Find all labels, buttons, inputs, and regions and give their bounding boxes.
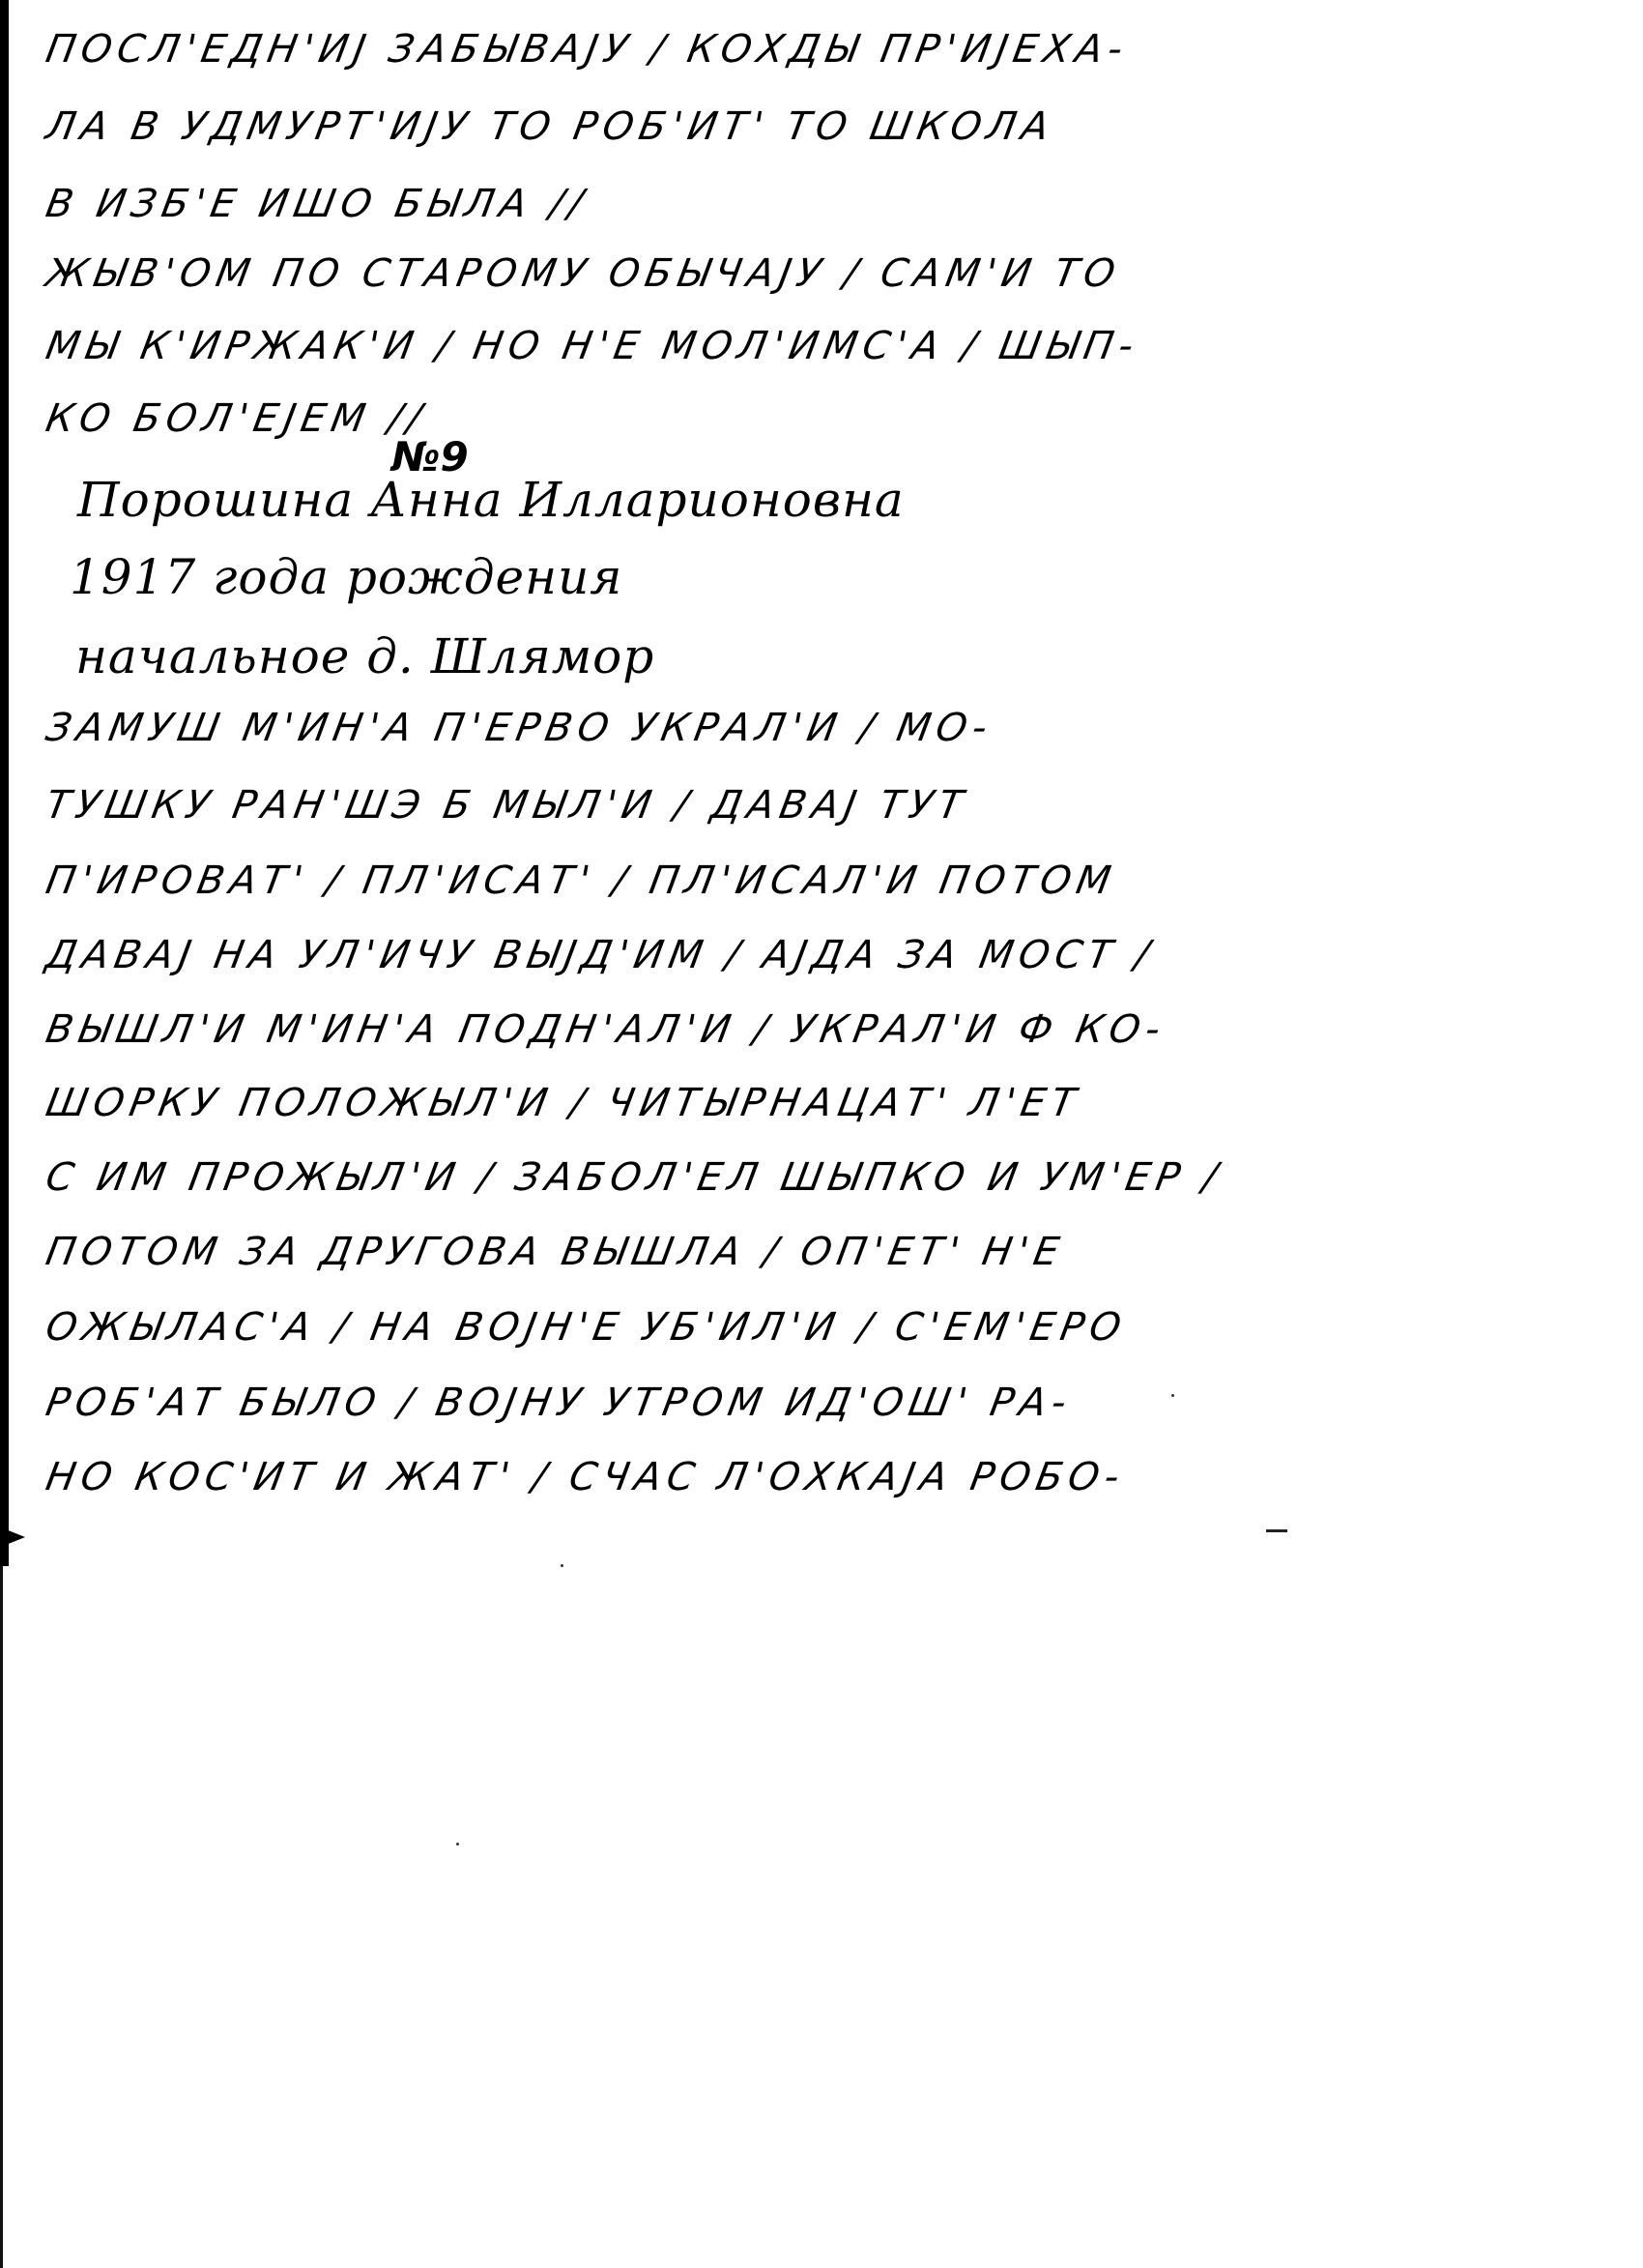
page-binding-edge (0, 0, 9, 1566)
scan-mark (1266, 1529, 1287, 1532)
informant-name: Порошина Анна Илларионовна (77, 472, 905, 528)
text-line: ШОРКУ ПОЛОЖЫЛ'И / ЧИТЫРНАЦАТ' Л'ЕТ (43, 1081, 1084, 1125)
scan-speck (561, 1564, 563, 1567)
text-line: ЗАМУШ М'ИН'А П'ЕРВО УКРАЛ'И / МО- (43, 706, 996, 750)
text-line: П'ИРОВАТ' / ПЛ'ИСАТ' / ПЛ'ИСАЛ'И ПОТОМ (43, 858, 1120, 903)
informant-education-place: начальное д. Шлямор (75, 628, 654, 684)
text-line: В ИЗБ'Е ИШО БЫЛА // (43, 182, 591, 226)
text-line: НО КОС'ИТ И ЖАТ' / СЧАС Л'ОХКАЈА РОБО- (43, 1455, 1129, 1499)
scanned-page: ПОСЛ'ЕДН'ИЈ ЗАБЫВАЈУ / КОХДЫ ПР'ИЈЕХА- Л… (0, 0, 1643, 2268)
text-line: ВЫШЛ'И М'ИН'А ПОДН'АЛ'И / УКРАЛ'И Ф КО- (43, 1007, 1169, 1052)
scan-speck (456, 1843, 459, 1846)
text-line: ТУШКУ РАН'ШЭ Б МЫЛ'И / ДАВАЈ ТУТ (43, 783, 972, 828)
text-line: ЛА В УДМУРТ'ИЈУ ТО РОБ'ИТ' ТО ШКОЛА (43, 104, 1058, 149)
binding-notch (6, 1529, 25, 1545)
text-line: ПОТОМ ЗА ДРУГОВА ВЫШЛА / ОП'ЕТ' Н'Е (43, 1230, 1068, 1274)
text-line: ЖЫВ'ОМ ПО СТАРОМУ ОБЫЧАЈУ / САМ'И ТО (43, 251, 1124, 296)
page-binding-edge-lower (0, 1566, 3, 2268)
text-line: КО БОЛ'ЕЈЕМ // (43, 396, 430, 441)
text-line: МЫ К'ИРЖАК'И / НО Н'Е МОЛ'ИМС'А / ШЫП- (43, 324, 1142, 368)
informant-birth: 1917 года рождения (70, 549, 622, 605)
scan-speck (1171, 1394, 1174, 1397)
text-line: ДАВАЈ НА УЛ'ИЧУ ВЫЈД'ИМ / АЈДА ЗА МОСТ / (43, 933, 1158, 977)
text-line: РОБ'АТ БЫЛО / ВОЈНУ УТРОМ ИД'ОШ' РА- (43, 1381, 1076, 1425)
text-line: ПОСЛ'ЕДН'ИЈ ЗАБЫВАЈУ / КОХДЫ ПР'ИЈЕХА- (43, 27, 1132, 72)
text-line: ОЖЫЛАС'А / НА ВОЈН'Е УБ'ИЛ'И / С'ЕМ'ЕРО (43, 1305, 1130, 1350)
text-line: С ИМ ПРОЖЫЛ'И / ЗАБОЛ'ЕЛ ШЫПКО И УМ'ЕР / (43, 1155, 1226, 1200)
